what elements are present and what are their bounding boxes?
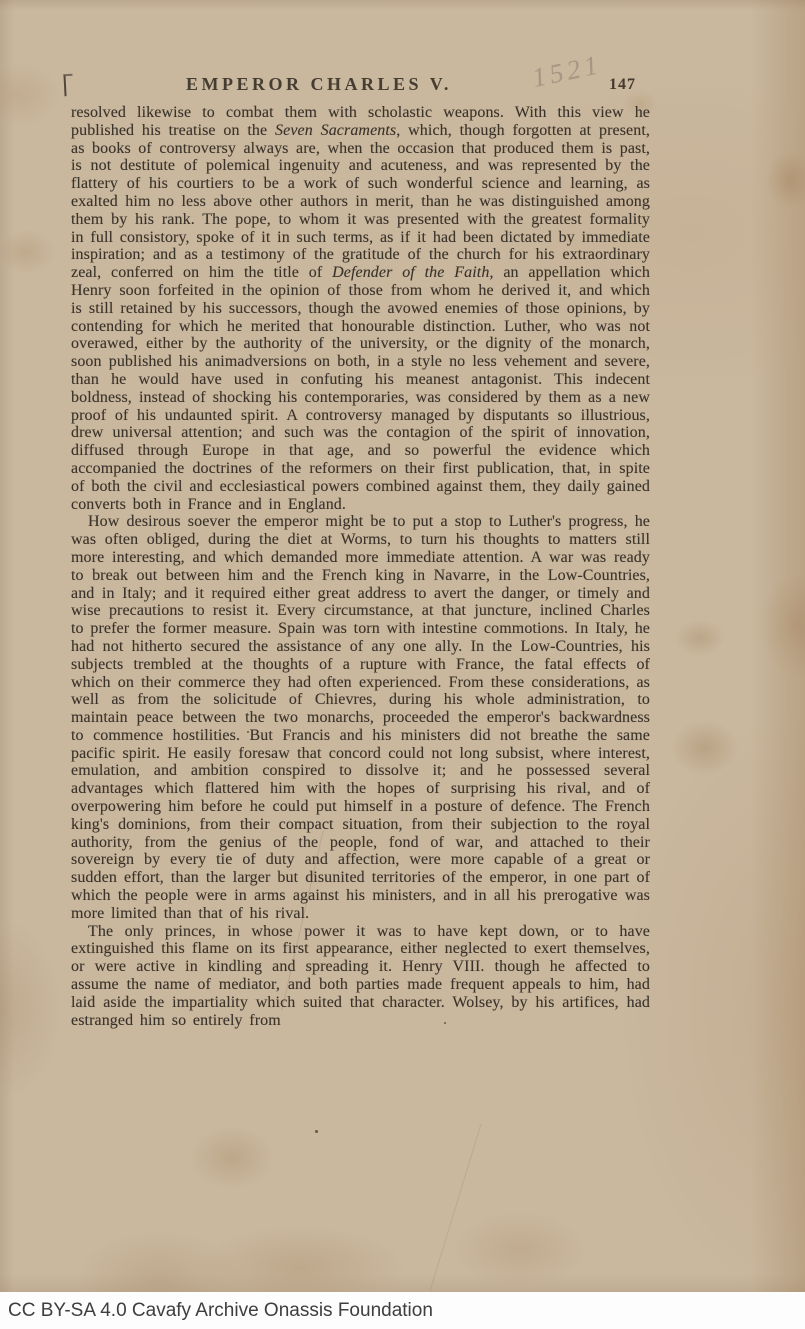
paper-fleck — [315, 1130, 318, 1133]
paper-crease — [429, 1124, 481, 1292]
running-title: EMPEROR CHARLES V. — [186, 74, 452, 95]
paragraph: The only princes, in whose power it was … — [71, 923, 650, 1030]
text-run: , an appellation which Henry soon forfei… — [71, 264, 650, 512]
ink-mark — [63, 74, 73, 96]
paragraph: How desirous soever the emperor might be… — [71, 513, 650, 922]
handwritten-note: 1521 — [530, 49, 605, 94]
text-run: The only princes, in whose power it was … — [71, 923, 650, 1029]
italic-phrase: Seven Sacraments — [275, 122, 396, 139]
license-bar: CC BY-SA 4.0 Cavafy Archive Onassis Foun… — [0, 1292, 805, 1329]
text-run: , which, though forgotten at present, as… — [71, 122, 650, 281]
page-text: resolved likewise to combat them with sc… — [71, 104, 650, 1029]
italic-phrase: Defender of the Faith — [332, 264, 489, 281]
paragraph: resolved likewise to combat them with sc… — [71, 104, 650, 513]
book-page-scan: EMPEROR CHARLES V. 1521 147 resolved lik… — [0, 0, 805, 1292]
page-number: 147 — [609, 76, 636, 94]
license-text: CC BY-SA 4.0 Cavafy Archive Onassis Foun… — [0, 1300, 433, 1322]
text-run: How desirous soever the emperor might be… — [71, 513, 650, 922]
